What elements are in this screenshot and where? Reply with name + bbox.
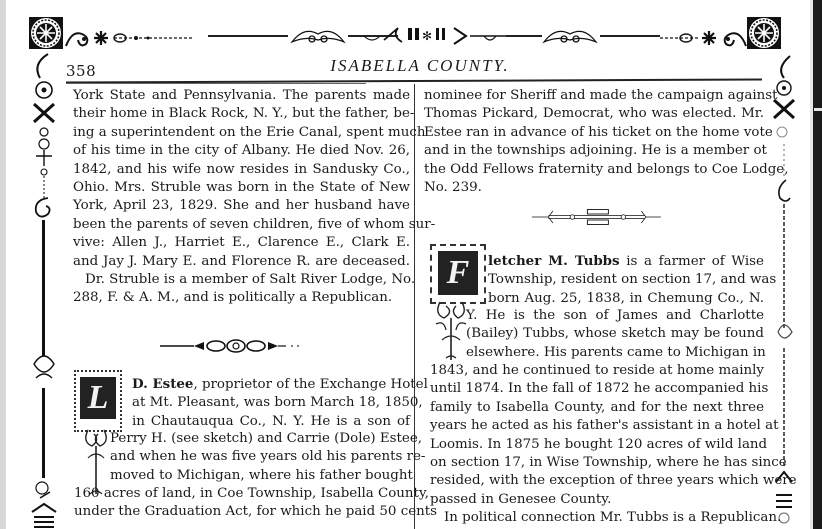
scroll-flourish-right-icon: [658, 20, 748, 48]
text-line: Thomas Pickard, Democrat, who was electe…: [424, 105, 764, 123]
drop-cap-f: F: [438, 251, 478, 295]
svg-text:✻: ✻: [422, 29, 432, 43]
text-line: under the Graduation Act, for which he p…: [74, 503, 410, 521]
entry-name-tubbs: letcher M. Tubbs: [488, 253, 620, 269]
text-line: D. Estee, proprietor of the Exchange Hot…: [132, 375, 410, 394]
text-line: and in the townships adjoining. He is a …: [424, 142, 764, 160]
text-line: In political connection Mr. Tubbs is a R…: [430, 509, 764, 527]
text-line: York, April 23, 1829. She and her husban…: [73, 197, 410, 215]
text-line: (Bailey) Tubbs, whose sketch may be foun…: [466, 325, 764, 343]
section-divider-ornament-icon: [510, 208, 685, 226]
scan-right-edge: [810, 0, 822, 529]
text-line: in Chautauqua Co., N. Y. He is a son of: [132, 413, 410, 431]
struble-continued-text: York State and Pennsylvania. The parents…: [73, 87, 410, 308]
text-line: family to Isabella County, and for the n…: [430, 399, 764, 417]
page-number: 358: [66, 62, 96, 80]
text-line: nominee for Sheriff and made the campaig…: [424, 87, 764, 105]
drop-cap-l: L: [80, 377, 116, 419]
drop-cap-letter: F: [447, 254, 470, 292]
tubbs-entry-text: letcher M. Tubbs is a farmer of Wise Tow…: [488, 252, 764, 308]
text-line: on section 17, in Wise Township, where h…: [430, 454, 764, 472]
header-rule-segment: [506, 35, 542, 37]
text-line: Dr. Struble is a member of Salt River Lo…: [73, 271, 410, 289]
header-rule-segment: [600, 35, 660, 37]
scan-left-edge: [0, 0, 6, 529]
wing-ornament-icon: [542, 22, 598, 46]
left-margin-vine-ornament-icon: [26, 48, 62, 529]
text-line: Y. He is the son of James and Charlotte: [466, 307, 764, 325]
wing-ornament-icon: [290, 22, 346, 46]
header-rule-segment: [208, 35, 288, 37]
scroll-flourish-left-icon: [64, 20, 204, 48]
tubbs-entry-text-full: 1843, and he continued to reside at home…: [430, 362, 764, 528]
text-line: Ohio. Mrs. Struble was born in the State…: [73, 179, 410, 197]
drop-cap-letter: L: [88, 379, 109, 417]
text-line: moved to Michigan, where his father boug…: [110, 467, 410, 485]
text-line: the Odd Fellows fraternity and belongs t…: [424, 161, 764, 179]
estee-entry-text-full: 160 acres of land, in Coe Township, Isab…: [74, 485, 410, 522]
estee-entry-text-cont: Perry H. (see sketch) and Carrie (Dole) …: [110, 430, 410, 485]
text-line: at Mt. Pleasant, was born March 18, 1850…: [132, 394, 410, 412]
text-line: and Jay J. Mary E. and Florence R. are d…: [73, 253, 410, 271]
center-crest-ornament-icon: ✻: [358, 20, 508, 48]
estee-entry-text: D. Estee, proprietor of the Exchange Hot…: [132, 375, 410, 431]
text-line: York State and Pennsylvania. The parents…: [73, 87, 410, 105]
text-line: letcher M. Tubbs is a farmer of Wise: [488, 252, 764, 271]
estee-continued-text: nominee for Sheriff and made the campaig…: [424, 87, 764, 197]
text-line: Township, resident on section 17, and wa…: [488, 271, 764, 289]
text-line: Perry H. (see sketch) and Carrie (Dole) …: [110, 430, 410, 448]
text-line: 1842, and his wife now resides in Sandus…: [73, 161, 410, 179]
rosette-ornament-icon: [746, 16, 782, 50]
text-line: their home in Black Rock, N. Y., but the…: [73, 105, 410, 123]
text-line: of his time in the city of Albany. He di…: [73, 142, 410, 160]
text-line: passed in Genesee County.: [430, 491, 764, 509]
text-line: 1843, and he continued to reside at home…: [430, 362, 764, 380]
text-line: elsewhere. His parents came to Michigan …: [466, 344, 764, 362]
text-line: years he acted as his father's assistant…: [430, 417, 764, 435]
section-divider-ornament-icon: [160, 337, 310, 355]
text-line: Loomis. In 1875 he bought 120 acres of w…: [430, 436, 764, 454]
text-line: born Aug. 25, 1838, in Chemung Co., N.: [488, 290, 764, 308]
header-rule-thin: [66, 83, 366, 84]
header-ornament-band: ✻: [28, 14, 782, 50]
text-line: been the parents of seven children, five…: [73, 216, 410, 234]
text-line: 288, F. & A. M., and is politically a Re…: [73, 289, 410, 307]
text-line: ing a superintendent on the Erie Canal, …: [73, 124, 410, 142]
text-line: until 1874. In the fall of 1872 he accom…: [430, 380, 764, 398]
text-line: Estee ran in advance of his ticket on th…: [424, 124, 764, 142]
text-line: No. 239.: [424, 179, 764, 197]
entry-name-estee: D. Estee: [132, 376, 193, 392]
text-line: 160 acres of land, in Coe Township, Isab…: [74, 485, 410, 503]
text-line: and when he was five years old his paren…: [110, 448, 410, 466]
tubbs-entry-text-cont: Y. He is the son of James and Charlotte …: [466, 307, 764, 362]
text-line: vive: Allen J., Harriet E., Clarence E.,…: [73, 234, 410, 252]
rosette-ornament-icon: [28, 16, 64, 50]
running-title: ISABELLA COUNTY.: [300, 56, 540, 76]
text-line: resided, with the exception of three yea…: [430, 472, 764, 490]
